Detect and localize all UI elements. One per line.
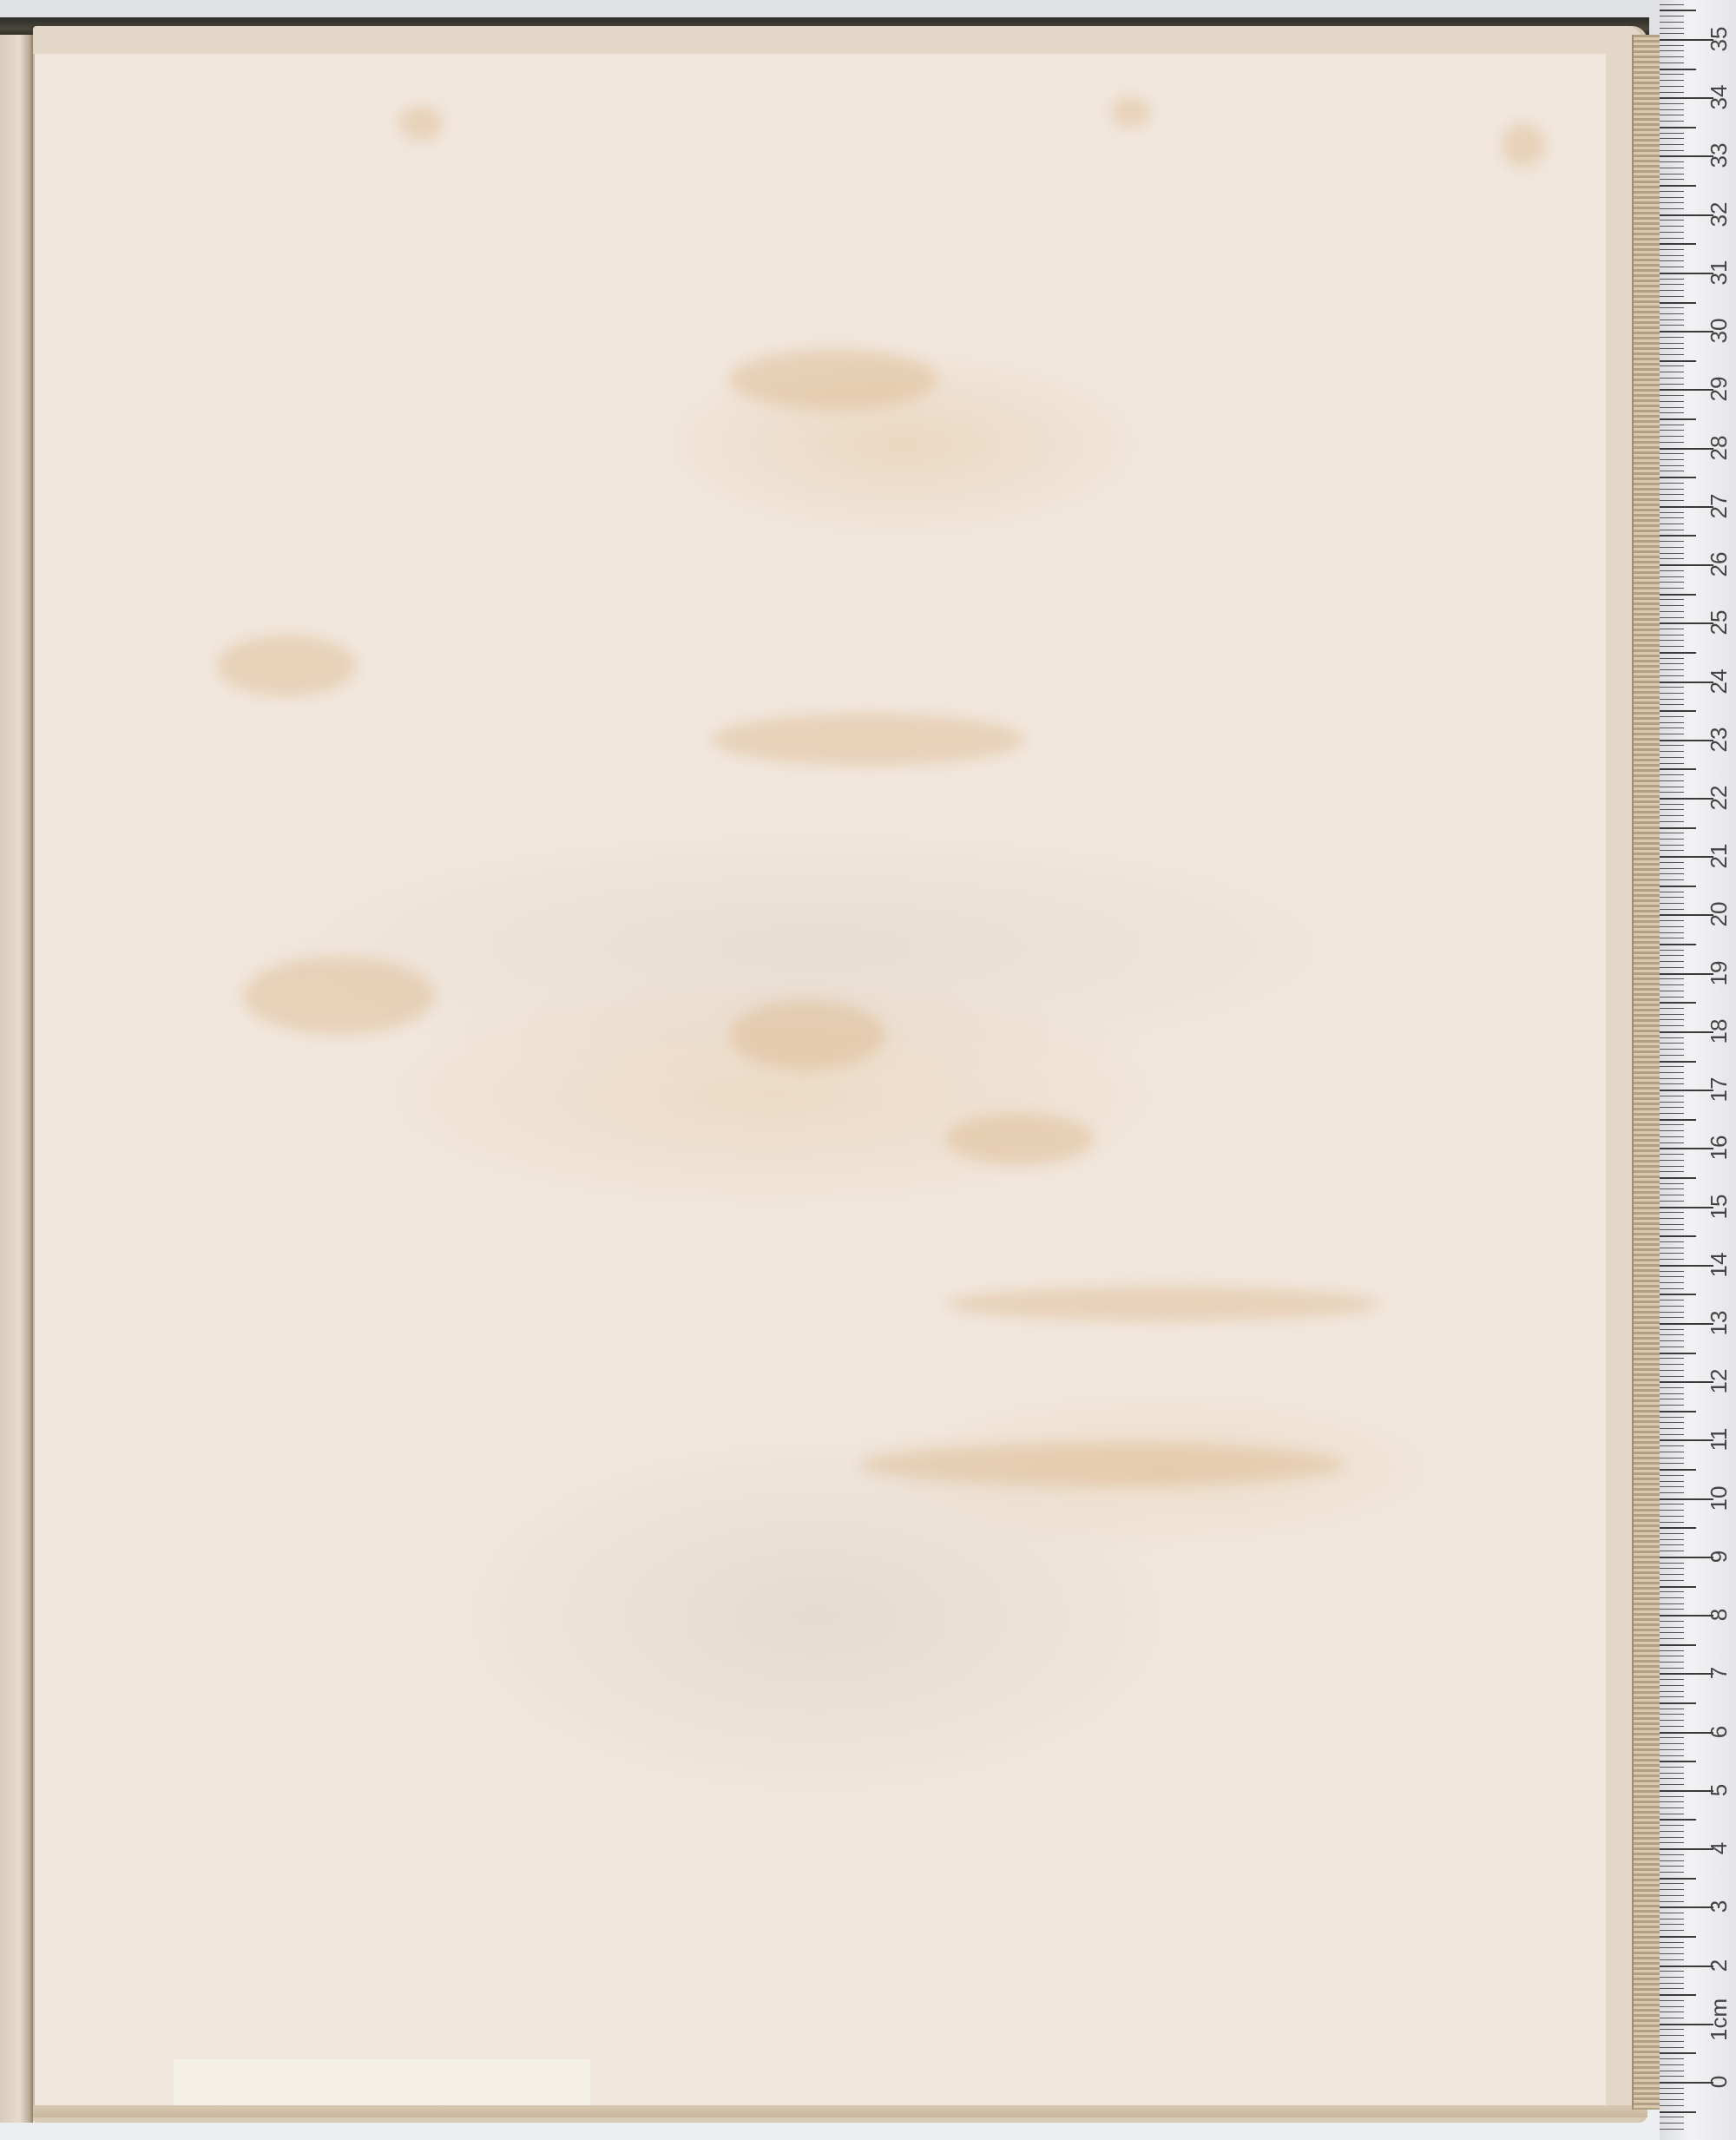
ruler-tick — [1660, 763, 1684, 764]
ruler-tick — [1660, 477, 1696, 478]
ruler-tick — [1660, 1463, 1684, 1464]
ruler-tick — [1660, 45, 1684, 46]
ruler-tick — [1660, 1953, 1684, 1954]
ruler-tick — [1660, 517, 1684, 518]
ruler-tick — [1660, 523, 1684, 524]
ruler-tick — [1660, 133, 1684, 134]
ruler-tick — [1660, 2041, 1684, 2042]
bleed-through-stain — [243, 957, 434, 1035]
ruler-tick — [1660, 2129, 1684, 2130]
ruler-label: 5 — [1706, 1773, 1731, 1807]
ruler-tick — [1660, 1510, 1684, 1511]
ruler-tick — [1660, 751, 1684, 752]
ruler-tick — [1660, 704, 1684, 705]
ruler-tick — [1660, 1878, 1696, 1880]
ruler-tick — [1660, 1901, 1684, 1902]
ruler-tick — [1660, 2123, 1684, 2124]
ruler-tick — [1660, 1160, 1684, 1161]
ruler-tick — [1660, 2052, 1696, 2054]
ruler-tick — [1660, 1399, 1684, 1399]
ruler-tick — [1660, 418, 1696, 420]
ruler-tick — [1660, 1627, 1684, 1628]
ruler-tick — [1660, 1055, 1684, 1056]
ruler-tick — [1660, 1819, 1696, 1821]
ruler-tick — [1660, 1749, 1684, 1750]
ruler-tick — [1660, 1002, 1696, 1004]
ruler-tick — [1660, 1469, 1696, 1471]
ruler-tick — [1660, 1294, 1696, 1295]
ruler-tick — [1660, 80, 1684, 81]
ruler-tick — [1660, 161, 1684, 162]
ruler-tick — [1660, 471, 1684, 471]
ruler-label: 25 — [1706, 605, 1731, 640]
ruler-tick — [1660, 121, 1684, 122]
ruler-tick — [1660, 1586, 1696, 1588]
ruler-tick — [1660, 1066, 1684, 1067]
ruler-tick — [1660, 483, 1684, 484]
ruler-label: 4 — [1706, 1831, 1731, 1866]
ruler-tick — [1660, 845, 1684, 846]
ruler-tick — [1660, 430, 1684, 431]
ruler-tick — [1660, 997, 1684, 998]
ruler-tick — [1660, 1102, 1684, 1103]
ruler-tick — [1660, 103, 1684, 104]
ruler-tick — [1660, 1574, 1684, 1575]
ruler-tick — [1660, 2018, 1684, 2018]
ruler-tick — [1660, 22, 1684, 23]
ruler-tick — [1660, 1977, 1684, 1978]
ruler-tick — [1660, 1288, 1684, 1289]
ruler-tick — [1660, 955, 1684, 956]
ruler-tick — [1660, 594, 1696, 596]
ruler-label: 9 — [1706, 1539, 1731, 1574]
ruler-tick — [1660, 1340, 1684, 1341]
ruler-tick — [1660, 384, 1684, 385]
ruler-tick — [1660, 2099, 1684, 2100]
ruler-tick — [1660, 28, 1684, 29]
ruler-label: 31 — [1706, 255, 1731, 290]
ruler-tick — [1660, 850, 1684, 851]
ruler-tick — [1660, 1218, 1684, 1219]
ruler-tick — [1660, 757, 1684, 758]
ruler-tick — [1660, 1276, 1684, 1277]
ruler-tick — [1660, 1644, 1696, 1646]
ruler-tick — [1660, 1580, 1684, 1581]
ruler-tick — [1660, 1685, 1684, 1686]
ruler-tick — [1660, 1282, 1684, 1283]
ruler-tick — [1660, 1096, 1684, 1096]
ruler-tick — [1660, 1883, 1684, 1884]
ruler-tick — [1660, 780, 1684, 781]
ruler-tick — [1660, 50, 1684, 51]
ruler-tick — [1660, 1166, 1684, 1167]
ruler-tick — [1660, 1008, 1684, 1009]
ruler-tick — [1660, 1971, 1684, 1972]
ruler-tick — [1660, 879, 1684, 880]
ruler-tick — [1660, 489, 1684, 490]
ruler-tick — [1660, 1370, 1684, 1371]
ruler-tick — [1660, 1767, 1684, 1768]
ruler-tick — [1660, 1994, 1696, 1996]
ruler-tick — [1660, 179, 1684, 180]
ruler-tick — [1660, 1458, 1684, 1458]
ruler-label: 28 — [1706, 431, 1731, 465]
ruler-tick — [1660, 909, 1684, 910]
ruler-tick — [1660, 804, 1684, 805]
ruler-tick — [1660, 961, 1684, 962]
ruler-tick — [1660, 547, 1684, 548]
ruler-tick — [1660, 1078, 1684, 1079]
ruler-tick — [1660, 652, 1696, 654]
ruler-tick — [1660, 1988, 1684, 1989]
ruler-label: 24 — [1706, 664, 1731, 699]
ruler-tick — [1660, 401, 1684, 402]
ruler-tick — [1660, 984, 1684, 985]
ruler-tick — [1660, 967, 1684, 968]
ruler-label: 13 — [1706, 1306, 1731, 1340]
ruler-tick — [1660, 220, 1684, 221]
ruler-tick — [1660, 16, 1684, 16]
ruler-tick — [1660, 1434, 1684, 1435]
bleed-through-stain — [859, 1443, 1345, 1486]
ruler-label: 21 — [1706, 839, 1731, 873]
ruler-tick — [1660, 2064, 1684, 2065]
ruler-tick — [1660, 1621, 1684, 1622]
ruler-tick — [1660, 2000, 1684, 2001]
ruler-tick — [1660, 494, 1684, 495]
ruler-tick — [1660, 1801, 1684, 1802]
ruler-tick — [1660, 1720, 1684, 1721]
ruler-tick — [1660, 1726, 1684, 1727]
ruler-tick — [1660, 1312, 1684, 1313]
ruler-tick — [1660, 1895, 1684, 1896]
ruler-tick — [1660, 868, 1684, 869]
ruler-tick — [1660, 1486, 1684, 1487]
ruler-tick — [1660, 675, 1684, 676]
ruler-tick — [1660, 115, 1684, 115]
ruler-tick — [1660, 1709, 1684, 1709]
ruler-tick — [1660, 2076, 1684, 2077]
ruler-tick — [1660, 1253, 1684, 1254]
bleed-through-stain — [729, 1000, 885, 1070]
ruler-tick — [1660, 710, 1696, 712]
ruler-tick — [1660, 1364, 1684, 1365]
ruler-tick — [1660, 459, 1684, 460]
ruler-tick — [1660, 325, 1684, 326]
ruler-label: 12 — [1706, 1364, 1731, 1399]
ruler-tick — [1660, 150, 1684, 151]
ruler-tick — [1660, 1609, 1684, 1610]
ruler-tick — [1660, 1854, 1684, 1855]
ruler-label: 14 — [1706, 1248, 1731, 1282]
ruler-tick — [1660, 646, 1684, 647]
ruler-tick — [1660, 249, 1684, 250]
ruler-tick — [1660, 1872, 1684, 1873]
ruler-label: 27 — [1706, 489, 1731, 523]
page-bottom-paper — [174, 2059, 590, 2107]
ruler-tick — [1660, 1229, 1684, 1230]
ruler-tick — [1660, 1568, 1684, 1569]
ruler-tick — [1660, 1353, 1696, 1354]
ruler-tick — [1660, 2093, 1684, 2094]
ruler-tick — [1660, 1924, 1684, 1925]
ruler-tick — [1660, 1037, 1684, 1038]
ruler-tick — [1660, 699, 1684, 700]
ruler-tick — [1660, 722, 1684, 723]
ruler-label: 35 — [1706, 22, 1731, 56]
ruler-tick — [1660, 453, 1684, 454]
ruler-tick — [1660, 378, 1684, 379]
ruler-tick — [1660, 442, 1684, 443]
ruler-tick — [1660, 535, 1696, 537]
ruler-tick — [1660, 2006, 1684, 2007]
ruler-tick — [1660, 978, 1684, 979]
ruler-tick — [1660, 2117, 1684, 2117]
ruler-tick — [1660, 1061, 1696, 1063]
ruler-tick — [1660, 1428, 1684, 1429]
ruler-tick — [1660, 436, 1684, 437]
ruler-tick — [1660, 1597, 1684, 1598]
ruler-tick — [1660, 663, 1684, 664]
ruler-tick — [1660, 1825, 1684, 1826]
ruler-tick — [1660, 1837, 1684, 1838]
ruler-label: 3 — [1706, 1889, 1731, 1924]
ruler-tick — [1660, 558, 1684, 559]
ruler-tick — [1660, 617, 1684, 618]
ruler-tick — [1660, 1411, 1696, 1412]
ruler-tick — [1660, 541, 1684, 542]
ruler-tick — [1660, 279, 1684, 280]
ruler-tick — [1660, 174, 1684, 174]
ruler-tick — [1660, 1591, 1684, 1592]
ruler-tick — [1660, 407, 1684, 408]
ruler-tick — [1660, 827, 1696, 829]
ruler-tick — [1660, 1300, 1684, 1300]
ruler-tick — [1660, 903, 1684, 904]
ruler-tick — [1660, 734, 1684, 734]
ruler-tick — [1660, 839, 1684, 840]
ruler-label: 8 — [1706, 1597, 1731, 1632]
ruler-tick — [1660, 1679, 1684, 1680]
ruler-tick — [1660, 745, 1684, 746]
ruler-tick — [1660, 1755, 1684, 1756]
ruler-tick — [1660, 500, 1684, 501]
ruler-tick — [1660, 944, 1696, 945]
ruler-tick — [1660, 296, 1684, 297]
measuring-ruler: 01cm234567891011121314151617181920212223… — [1660, 0, 1736, 2140]
ruler-tick — [1660, 284, 1684, 285]
ruler-tick — [1660, 892, 1684, 892]
ruler-tick — [1660, 63, 1684, 63]
ruler-tick — [1660, 1563, 1684, 1564]
ruler-tick — [1660, 226, 1684, 227]
ruler-tick — [1660, 1241, 1684, 1242]
ruler-tick — [1660, 354, 1684, 355]
ruler-tick — [1660, 553, 1684, 554]
ruler-tick — [1660, 74, 1684, 75]
ruler-tick — [1660, 1347, 1684, 1347]
ruler-tick — [1660, 1650, 1684, 1651]
ruler-tick — [1660, 10, 1696, 11]
ruler-tick — [1660, 1831, 1684, 1832]
ruler-tick — [1660, 232, 1684, 233]
ruler-label: 11 — [1706, 1422, 1731, 1457]
ruler-tick — [1660, 1942, 1684, 1943]
ruler-tick — [1660, 787, 1684, 787]
ruler-tick — [1660, 687, 1684, 688]
ruler-label: 7 — [1706, 1656, 1731, 1690]
ruler-tick — [1660, 1043, 1684, 1044]
ruler-tick — [1660, 1662, 1684, 1663]
ruler-tick — [1660, 1936, 1696, 1938]
ruler-tick — [1660, 1083, 1684, 1084]
ruler-tick — [1660, 1212, 1684, 1213]
ruler-tick — [1660, 716, 1684, 717]
ruler-tick — [1660, 576, 1684, 577]
ruler-tick — [1660, 1183, 1684, 1184]
ruler-tick — [1660, 138, 1684, 139]
foxing-stain — [1502, 123, 1545, 167]
ruler-tick — [1660, 1306, 1684, 1307]
ruler-tick — [1660, 938, 1684, 938]
bleed-through-stain — [217, 635, 356, 696]
ruler-tick — [1660, 395, 1684, 396]
ruler-tick — [1660, 1014, 1684, 1015]
ruler-tick — [1660, 2047, 1684, 2048]
ruler-tick — [1660, 2071, 1684, 2071]
ruler-tick — [1660, 2105, 1684, 2106]
ruler-label: 17 — [1706, 1072, 1731, 1107]
ruler-tick — [1660, 1025, 1684, 1026]
ruler-tick — [1660, 255, 1684, 256]
ruler-tick — [1660, 1796, 1684, 1797]
ruler-tick — [1660, 1603, 1684, 1604]
ruler-tick — [1660, 886, 1696, 887]
ruler-tick — [1660, 897, 1684, 898]
ruler-tick — [1660, 1113, 1684, 1114]
ruler-label: 19 — [1706, 956, 1731, 991]
ruler-tick — [1660, 1866, 1684, 1867]
ruler-tick — [1660, 693, 1684, 694]
ruler-tick — [1660, 1761, 1696, 1762]
bleed-through-stain — [729, 349, 937, 410]
ruler-tick — [1660, 920, 1684, 921]
ruler-tick — [1660, 635, 1684, 635]
ruler-tick — [1660, 1107, 1684, 1108]
ruler-tick — [1660, 56, 1684, 57]
ruler-tick — [1660, 1393, 1684, 1394]
ruler-tick — [1660, 1632, 1684, 1633]
ruler-tick — [1660, 1668, 1684, 1669]
ruler-tick — [1660, 669, 1684, 670]
ruler-tick — [1660, 1504, 1684, 1505]
ruler-label: 16 — [1706, 1130, 1731, 1165]
ruler-tick — [1660, 1522, 1684, 1523]
blank-page — [33, 54, 1606, 2110]
ruler-tick — [1660, 1696, 1684, 1697]
ruler-tick — [1660, 1130, 1684, 1131]
ruler-tick — [1660, 348, 1684, 349]
ruler-tick — [1660, 1527, 1696, 1529]
ruler-label: 30 — [1706, 313, 1731, 348]
ruler-tick — [1660, 821, 1684, 822]
ruler-tick — [1660, 1189, 1684, 1189]
ruler-tick — [1660, 1387, 1684, 1388]
ruler-tick — [1660, 1317, 1684, 1318]
ruler-tick — [1660, 640, 1684, 641]
ruler-tick — [1660, 185, 1696, 187]
ruler-tick — [1660, 1259, 1684, 1260]
ruler-label: 10 — [1706, 1481, 1731, 1516]
ruler-tick — [1660, 570, 1684, 571]
left-page-edge — [0, 35, 33, 2123]
ruler-tick — [1660, 2088, 1684, 2089]
ruler-tick — [1660, 599, 1684, 600]
ruler-tick — [1660, 1702, 1696, 1704]
ruler-tick — [1660, 343, 1684, 344]
ruler-tick — [1660, 1544, 1684, 1545]
bleed-through-stain — [712, 714, 1024, 766]
ruler-tick — [1660, 582, 1684, 583]
ruler-tick — [1660, 1551, 1684, 1551]
ruler-tick — [1660, 372, 1684, 372]
ruler-tick — [1660, 926, 1684, 927]
ruler-label: 20 — [1706, 897, 1731, 932]
ruler-tick — [1660, 605, 1684, 606]
ruler-tick — [1660, 1445, 1684, 1446]
ruler-tick — [1660, 2012, 1684, 2012]
ruler-tick — [1660, 1248, 1684, 1248]
ruler-tick — [1660, 465, 1684, 466]
ruler-tick — [1660, 1019, 1684, 1020]
ruler-tick — [1660, 1492, 1684, 1493]
ruler-tick — [1660, 1329, 1684, 1330]
ruler-tick — [1660, 1778, 1684, 1779]
ruler-tick — [1660, 833, 1684, 833]
ruler-label: 32 — [1706, 197, 1731, 232]
ruler-tick — [1660, 144, 1684, 145]
foxing-stain — [399, 106, 443, 141]
ruler-tick — [1660, 1784, 1684, 1785]
foxing-stain — [1111, 97, 1150, 128]
ruler-tick — [1660, 588, 1684, 589]
bleed-through-stain — [946, 1113, 1094, 1165]
ruler-tick — [1660, 512, 1684, 513]
page-bottom-edge — [33, 2105, 1647, 2117]
ruler-tick — [1660, 238, 1684, 239]
ruler-label: 6 — [1706, 1715, 1731, 1749]
ruler-tick — [1660, 1930, 1684, 1931]
ruler-tick — [1660, 2058, 1684, 2059]
ruler-tick — [1660, 774, 1684, 775]
ruler-tick — [1660, 168, 1684, 168]
ruler-label: 23 — [1706, 722, 1731, 757]
ruler-tick — [1660, 1422, 1684, 1423]
ruler-label: 34 — [1706, 80, 1731, 115]
ruler-tick — [1660, 991, 1684, 991]
ruler-tick — [1660, 1947, 1684, 1948]
ruler-tick — [1660, 1481, 1684, 1482]
ruler-tick — [1660, 69, 1696, 70]
ruler-tick — [1660, 313, 1684, 314]
ruler-tick — [1660, 4, 1684, 5]
ruler-tick — [1660, 127, 1696, 128]
ruler-tick — [1660, 873, 1684, 874]
ruler-tick — [1660, 1773, 1684, 1774]
ruler-tick — [1660, 425, 1684, 425]
ruler-tick — [1660, 1539, 1684, 1540]
ruler-tick — [1660, 1072, 1684, 1073]
